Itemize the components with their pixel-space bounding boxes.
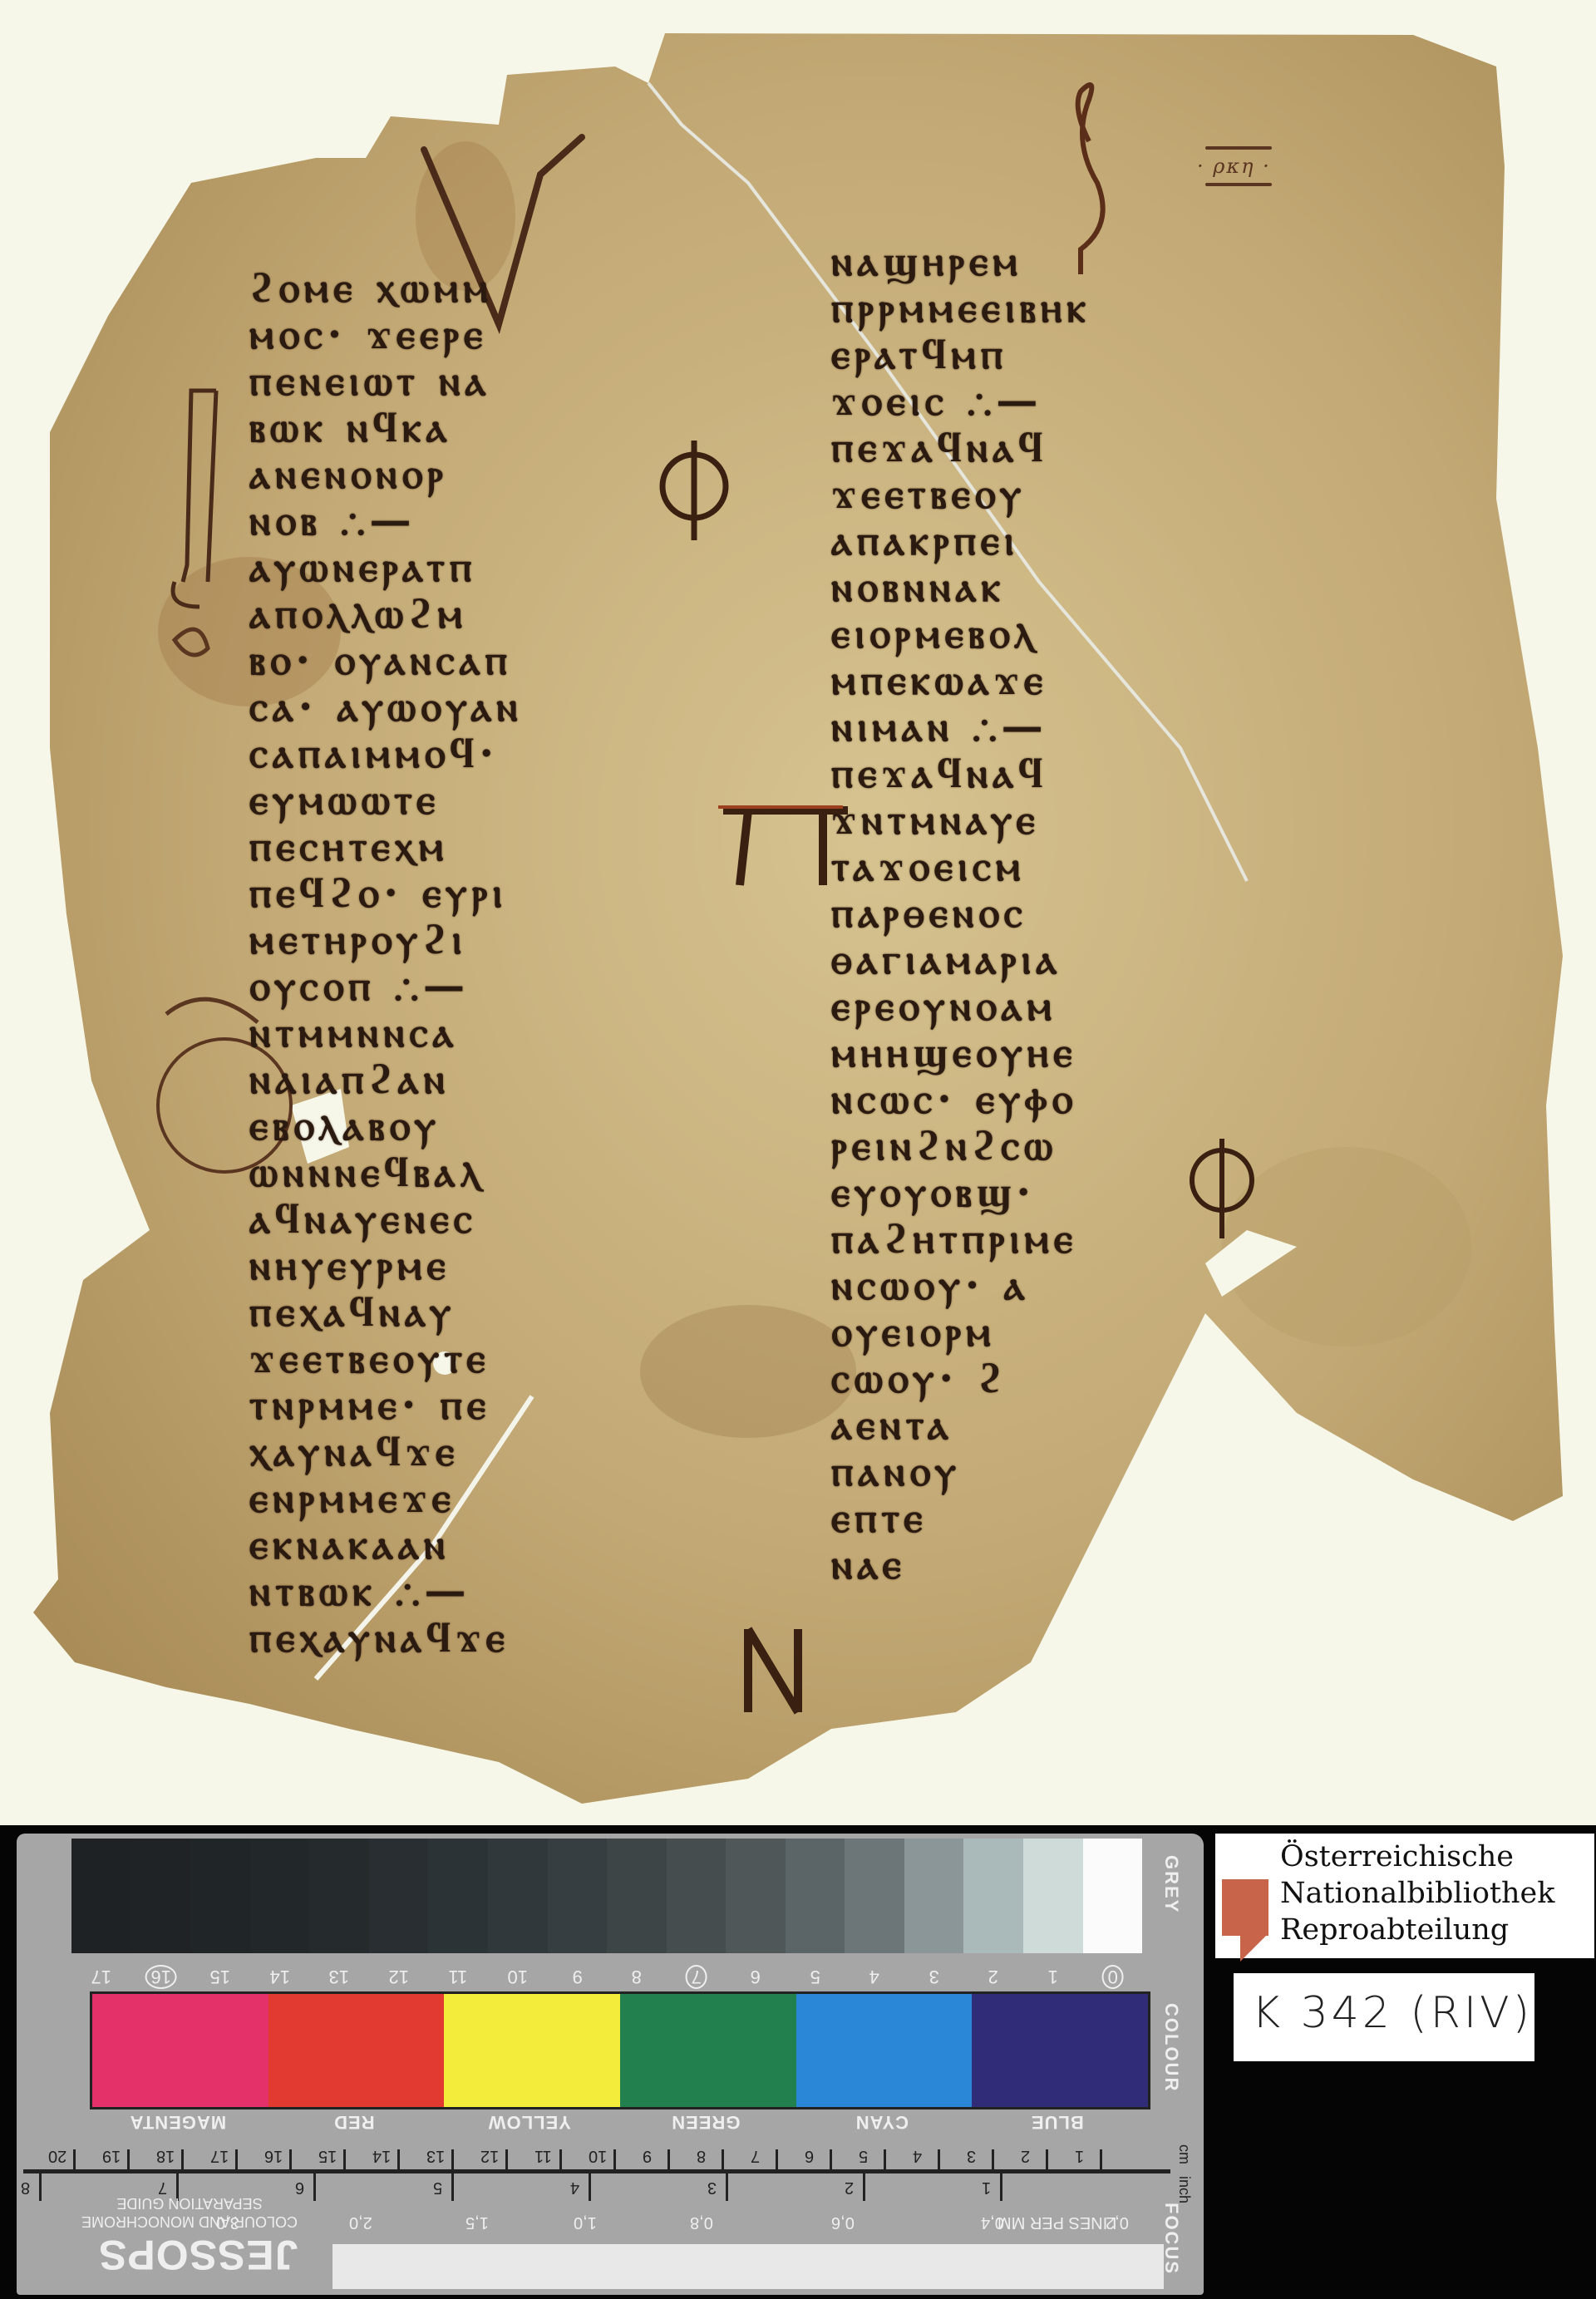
inch-tick-label: 2 [845,2178,854,2197]
manuscript-line: ⲙⲉⲧⲏⲣⲟⲩϩⲓ [249,916,523,962]
manuscript-line: ⲛⲏⲩⲉⲩⲣⲙⲉ [249,1242,523,1288]
colour-swatch-red [268,1994,445,2107]
decorative-bar [1205,183,1272,186]
colour-patches [90,1991,1150,2109]
inch-tick [863,2173,865,2201]
manuscript-line: ⲭⲁⲩⲛⲁϥϫⲉ [249,1428,523,1474]
cm-tick [127,2149,130,2171]
grey-step-number: 11 [428,1957,488,1996]
grey-step-number: 13 [309,1957,369,1996]
manuscript-line: ⲁⲡⲟⲗⲗⲱϩⲙ [249,590,523,637]
cm-tick [343,2149,346,2171]
cm-tick [397,2149,400,2171]
manuscript-line: ⲥⲁⲡⲁⲓⲙⲙⲟϥ· [249,730,523,776]
grey-step [786,1839,845,1953]
manuscript-line: ⲡⲉⲥⲏⲧⲉⲭⲙ [249,823,523,869]
cm-tick [451,2149,454,2171]
colour-swatch-label: RED [266,2108,442,2136]
guide-subtitle-line2: SEPARATION GUIDE [81,2194,298,2213]
manuscript-line: ⲛⲁⲓⲁⲡϩⲁⲛ [249,1056,523,1102]
grey-step [1083,1839,1143,1953]
grey-step-number: 5 [786,1957,845,1996]
onb-logo-tail [1240,1933,1268,1962]
guide-subtitle-line1: COLOUR AND MONOCHROME [81,2213,298,2231]
grey-step [667,1839,727,1953]
focus-label: FOCUS [1160,2203,1182,2275]
grey-label: GREY [1160,1855,1182,1913]
lines-per-mm-label: LINES PER MM [997,2213,1116,2232]
shelfmark-label: K 342 (RIV) [1234,1973,1534,2061]
cm-tick [938,2149,940,2171]
grey-step [548,1839,608,1953]
manuscript-line: ⲧⲁϫⲟⲉⲓⲥⲙ [831,843,1091,889]
grey-step [963,1839,1023,1953]
institution-label: Österreichische Nationalbibliothek Repro… [1215,1834,1594,1958]
manuscript-line: ⲛⲧⲙⲙⲛⲛⲥⲁ [249,1009,523,1056]
inch-tick [451,2173,454,2201]
manuscript-line: ⲁⲛⲉⲛⲟⲛⲟⲣ [249,450,523,497]
cm-tick [559,2149,562,2171]
manuscript-line: ⲥⲁ· ⲁⲩⲱⲟⲩⲁⲛ [249,683,523,730]
cm-tick-label: 6 [805,2146,814,2165]
cm-tick [235,2149,238,2171]
manuscript-line: ϫⲟⲉⲓⲥ ∴— [831,377,1091,424]
colour-label: COLOUR [1160,2003,1182,2092]
cm-tick-label: 10 [589,2146,607,2165]
manuscript-line: ⲡⲉⲭⲁϥⲛⲁⲩ [249,1288,523,1335]
lines-per-mm-value: 2,0 [349,2213,372,2232]
manuscript-line: ⲱⲛⲛⲛⲉϥⲃⲁⲗ [249,1149,523,1195]
cm-tick [722,2149,724,2171]
lines-per-mm-value: 0,6 [831,2213,855,2232]
grey-step [607,1839,667,1953]
cm-tick-label: 8 [697,2146,706,2165]
cm-tick-label: 14 [372,2146,391,2165]
manuscript-line: ⲧⲛⲣⲙⲙⲉ· ⲡⲉ [249,1381,523,1428]
institution-name: Österreichische Nationalbibliothek Repro… [1280,1839,1554,1948]
grey-step [250,1839,310,1953]
manuscript-line: ⲙⲏⲏϣⲉⲟⲩⲏⲉ [831,1029,1091,1076]
cm-tick [1100,2149,1102,2171]
manuscript-line: ϫⲛⲧⲙⲛⲁⲩⲉ [831,796,1091,843]
cm-tick [667,2149,670,2171]
ruler-axis [23,2169,1170,2173]
cm-tick-label: 13 [426,2146,445,2165]
cm-tick [181,2149,184,2171]
grey-step-number: 0 [1083,1957,1143,1996]
lines-per-mm-value: 0,2 [1106,2213,1129,2232]
grey-step-number: 2 [963,1957,1023,1996]
grey-step [369,1839,429,1953]
grey-step-number: 1 [1023,1957,1083,1996]
manuscript-line: ⲡⲉϥϩⲟ· ⲉⲩⲣⲓ [249,869,523,916]
cm-tick [992,2149,994,2171]
manuscript-line: ϫⲉⲉⲧⲃⲉⲟⲩⲧⲉ [249,1335,523,1381]
grey-step [1023,1839,1083,1953]
manuscript-line: ⲛⲥⲱⲟⲩ· ⲁ [831,1262,1091,1308]
colour-swatch-green [620,1994,796,2107]
grey-step [488,1839,548,1953]
grey-step [131,1839,191,1953]
grey-step-number: 4 [845,1957,904,1996]
grey-step-number: 17 [71,1957,131,1996]
lines-per-mm-value: 0,4 [981,2213,1004,2232]
guide-subtitle: COLOUR AND MONOCHROME SEPARATION GUIDE [81,2194,298,2231]
inch-tick [589,2173,591,2201]
lines-per-mm-value: 0,8 [690,2213,713,2232]
manuscript-line: ⲛⲟⲃⲛⲛⲁⲕ [831,564,1091,610]
manuscript-line: ⲙⲡⲉⲕⲱⲁϫⲉ [831,657,1091,703]
manuscript-line: ⲡⲁⲣⲑⲉⲛⲟⲥ [831,889,1091,936]
manuscript-line: ⲃⲱⲕ ⲛϥⲕⲁ [249,404,523,450]
cm-tick [505,2149,508,2171]
cm-tick-label: 16 [264,2146,283,2165]
manuscript-line: ⲡⲁϩⲏⲧⲡⲣⲓⲙⲉ [831,1215,1091,1262]
manuscript-line: ⲡⲉⲛⲉⲓⲱⲧ ⲛⲁ [249,357,523,404]
cm-tick [776,2149,778,2171]
manuscript-line: ⲃⲟ· ⲟⲩⲁⲛⲥⲁⲡ [249,637,523,683]
inch-unit: inch [1175,2176,1193,2203]
grey-step [845,1839,904,1953]
manuscript-line: ⲡⲁⲛⲟⲩ [831,1448,1091,1494]
page-number-note: · ρκη · [1197,141,1272,191]
cm-tick [289,2149,292,2171]
manuscript-line: ⲡⲣⲣⲙⲙⲉⲉⲓⲃⲏⲕ [831,284,1091,331]
manuscript-line: ⲛⲟⲃ ∴— [249,497,523,544]
grey-step [71,1839,131,1953]
manuscript-line: ⲛⲧⲃⲱⲕ ∴— [249,1568,523,1614]
manuscript-line: ⲑⲁⲅⲓⲁⲙⲁⲣⲓⲁ [831,936,1091,982]
manuscript-line: ⲉⲩⲟⲩⲟⲃϣ· [831,1169,1091,1215]
inch-tick-label: 8 [21,2178,30,2197]
inch-tick [1000,2173,1002,2201]
cm-tick-label: 11 [534,2146,552,2165]
grey-step-number: 10 [488,1957,548,1996]
manuscript-line: ϩⲟⲙⲉ ⲭⲱⲙⲙ [249,264,523,311]
manuscript-line: ⲛⲁⲉ [831,1541,1091,1588]
grey-step-number: 3 [904,1957,964,1996]
manuscript-line: ⲛⲥⲱⲥ· ⲉⲩⲫⲟ [831,1076,1091,1122]
inch-tick [726,2173,728,2201]
inch-tick-label: 5 [433,2178,442,2197]
colour-swatch-label: YELLOW [441,2108,618,2136]
decorative-bar [1205,146,1272,150]
cm-tick [73,2149,76,2171]
manuscript-line: ⲉⲛⲣⲙⲙⲉϫⲉ [249,1474,523,1521]
cm-tick-label: 12 [480,2146,499,2165]
onb-logo-icon [1222,1879,1268,1936]
cm-tick-label: 7 [751,2146,760,2165]
cm-tick-label: 20 [48,2146,66,2165]
manuscript-line: ⲁⲡⲁⲕⲣⲡⲉⲓ [831,517,1091,564]
grey-step [726,1839,786,1953]
institution-line3: Reproabteilung [1280,1912,1554,1948]
cm-tick-label: 2 [1021,2146,1030,2165]
grey-step-number: 15 [190,1957,250,1996]
institution-line1: Österreichische [1280,1839,1554,1875]
colour-swatch-label: GREEN [618,2108,794,2136]
cm-unit: cm [1175,2144,1193,2164]
manuscript-line: ⲟⲩⲉⲓⲟⲣⲙ [831,1308,1091,1355]
manuscript-line: ⲉⲕⲛⲁⲕⲁⲁⲛ [249,1521,523,1568]
lines-per-mm-value: 1,0 [574,2213,597,2232]
manuscript-line: ⲡⲉϫⲁϥⲛⲁϥ [831,750,1091,796]
manuscript-line: ⲁⲉⲛⲧⲁ [831,1401,1091,1448]
manuscript-line: ⲙⲟⲥ· ϫⲉⲉⲣⲉ [249,311,523,357]
grey-step [309,1839,369,1953]
manuscript-line: ⲟⲩⲥⲟⲡ ∴— [249,962,523,1009]
grey-step-number: 16 [131,1957,191,1996]
cm-tick-label: 3 [967,2146,976,2165]
colour-swatch-yellow [444,1994,620,2107]
grey-step-number: 14 [250,1957,310,1996]
grey-scale-numbers: 17161514131211109876543210 [71,1957,1142,1996]
cm-tick [830,2149,832,2171]
focus-target [332,2244,1164,2289]
grey-step [904,1839,964,1953]
institution-line2: Nationalbibliothek [1280,1875,1554,1912]
grey-step [190,1839,250,1953]
manuscript-line: ⲁⲩⲱⲛⲉⲣⲁⲧⲡ [249,544,523,590]
manuscript-line: ⲉⲣⲁⲧϥⲙⲡ [831,331,1091,377]
colour-swatch-magenta [92,1994,268,2107]
shelfmark-text: K 342 (RIV) [1252,1988,1533,2038]
grey-step [428,1839,488,1953]
manuscript-line: ⲉⲓⲟⲣⲙⲉⲃⲟⲗ [831,610,1091,657]
manuscript-line: ⲉⲡⲧⲉ [831,1494,1091,1541]
manuscript-line: ϫⲉⲉⲧⲃⲉⲟⲩ [831,470,1091,517]
jessops-logo: JESSOPS [98,2231,298,2279]
cm-tick-label: 5 [859,2146,868,2165]
lines-per-mm-value: 1,5 [465,2213,489,2232]
page-number: · ρκη · [1197,155,1271,178]
grey-step-number: 12 [369,1957,429,1996]
inch-tick-label: 1 [982,2178,991,2197]
text-column-left: ϩⲟⲙⲉ ⲭⲱⲙⲙⲙⲟⲥ· ϫⲉⲉⲣⲉⲡⲉⲛⲉⲓⲱⲧ ⲛⲁⲃⲱⲕ ⲛϥⲕⲁⲁⲛⲉ… [249,264,523,1661]
colour-swatch-cyan [796,1994,973,2107]
manuscript-line: ⲛⲁϣⲏⲣⲉⲙ [831,238,1091,284]
manuscript-line: ⲉⲃⲟⲗⲁⲃⲟⲩ [249,1102,523,1149]
manuscript-line: ⲥⲱⲟⲩ· ϩ [831,1355,1091,1401]
colour-patch-labels: MAGENTAREDYELLOWGREENCYANBLUE [90,2108,1145,2136]
manuscript-line: ⲛⲓⲙⲁⲛ ∴— [831,703,1091,750]
cm-tick-label: 18 [156,2146,175,2165]
colour-swatch-label: BLUE [969,2108,1145,2136]
grey-step-number: 6 [726,1957,786,1996]
cm-tick [1046,2149,1048,2171]
cm-tick-label: 4 [913,2146,922,2165]
cm-tick-label: 1 [1075,2146,1084,2165]
manuscript-line: ⲡⲉⲭⲁⲩⲛⲁϥϫⲉ [249,1614,523,1661]
grey-step-number: 9 [548,1957,608,1996]
colour-swatch-label: CYAN [794,2108,970,2136]
grey-step-number: 7 [667,1957,727,1996]
manuscript-line: ⲡⲉϫⲁϥⲛⲁϥ [831,424,1091,470]
manuscript-line: ⲁϥⲛⲁⲩⲉⲛⲉⲥ [249,1195,523,1242]
parchment-leaf [0,0,1596,1829]
manuscript-line: ⲉⲣⲉⲟⲩⲛⲟⲁⲙ [831,982,1091,1029]
inch-tick-label: 4 [570,2178,579,2197]
manuscript-line: ⲉⲩⲙⲱⲱⲧⲉ [249,776,523,823]
grey-step-number: 8 [607,1957,667,1996]
cm-tick-label: 19 [102,2146,121,2165]
text-column-right: ⲛⲁϣⲏⲣⲉⲙⲡⲣⲣⲙⲙⲉⲉⲓⲃⲏⲕⲉⲣⲁⲧϥⲙⲡϫⲟⲉⲓⲥ ∴—ⲡⲉϫⲁϥⲛⲁ… [831,238,1091,1588]
cm-tick-label: 9 [643,2146,652,2165]
colour-swatch-blue [972,1994,1148,2107]
cm-tick-label: 17 [210,2146,229,2165]
cm-tick-label: 15 [318,2146,337,2165]
manuscript-line: ⲣⲉⲓⲛϩⲛϩⲥⲱ [831,1122,1091,1169]
colour-swatch-label: MAGENTA [90,2108,266,2136]
grey-scale [71,1839,1142,1953]
inch-tick [39,2173,42,2201]
cm-tick [613,2149,616,2171]
inch-tick [313,2173,316,2201]
inch-tick-label: 3 [707,2178,717,2197]
cm-tick [884,2149,886,2171]
